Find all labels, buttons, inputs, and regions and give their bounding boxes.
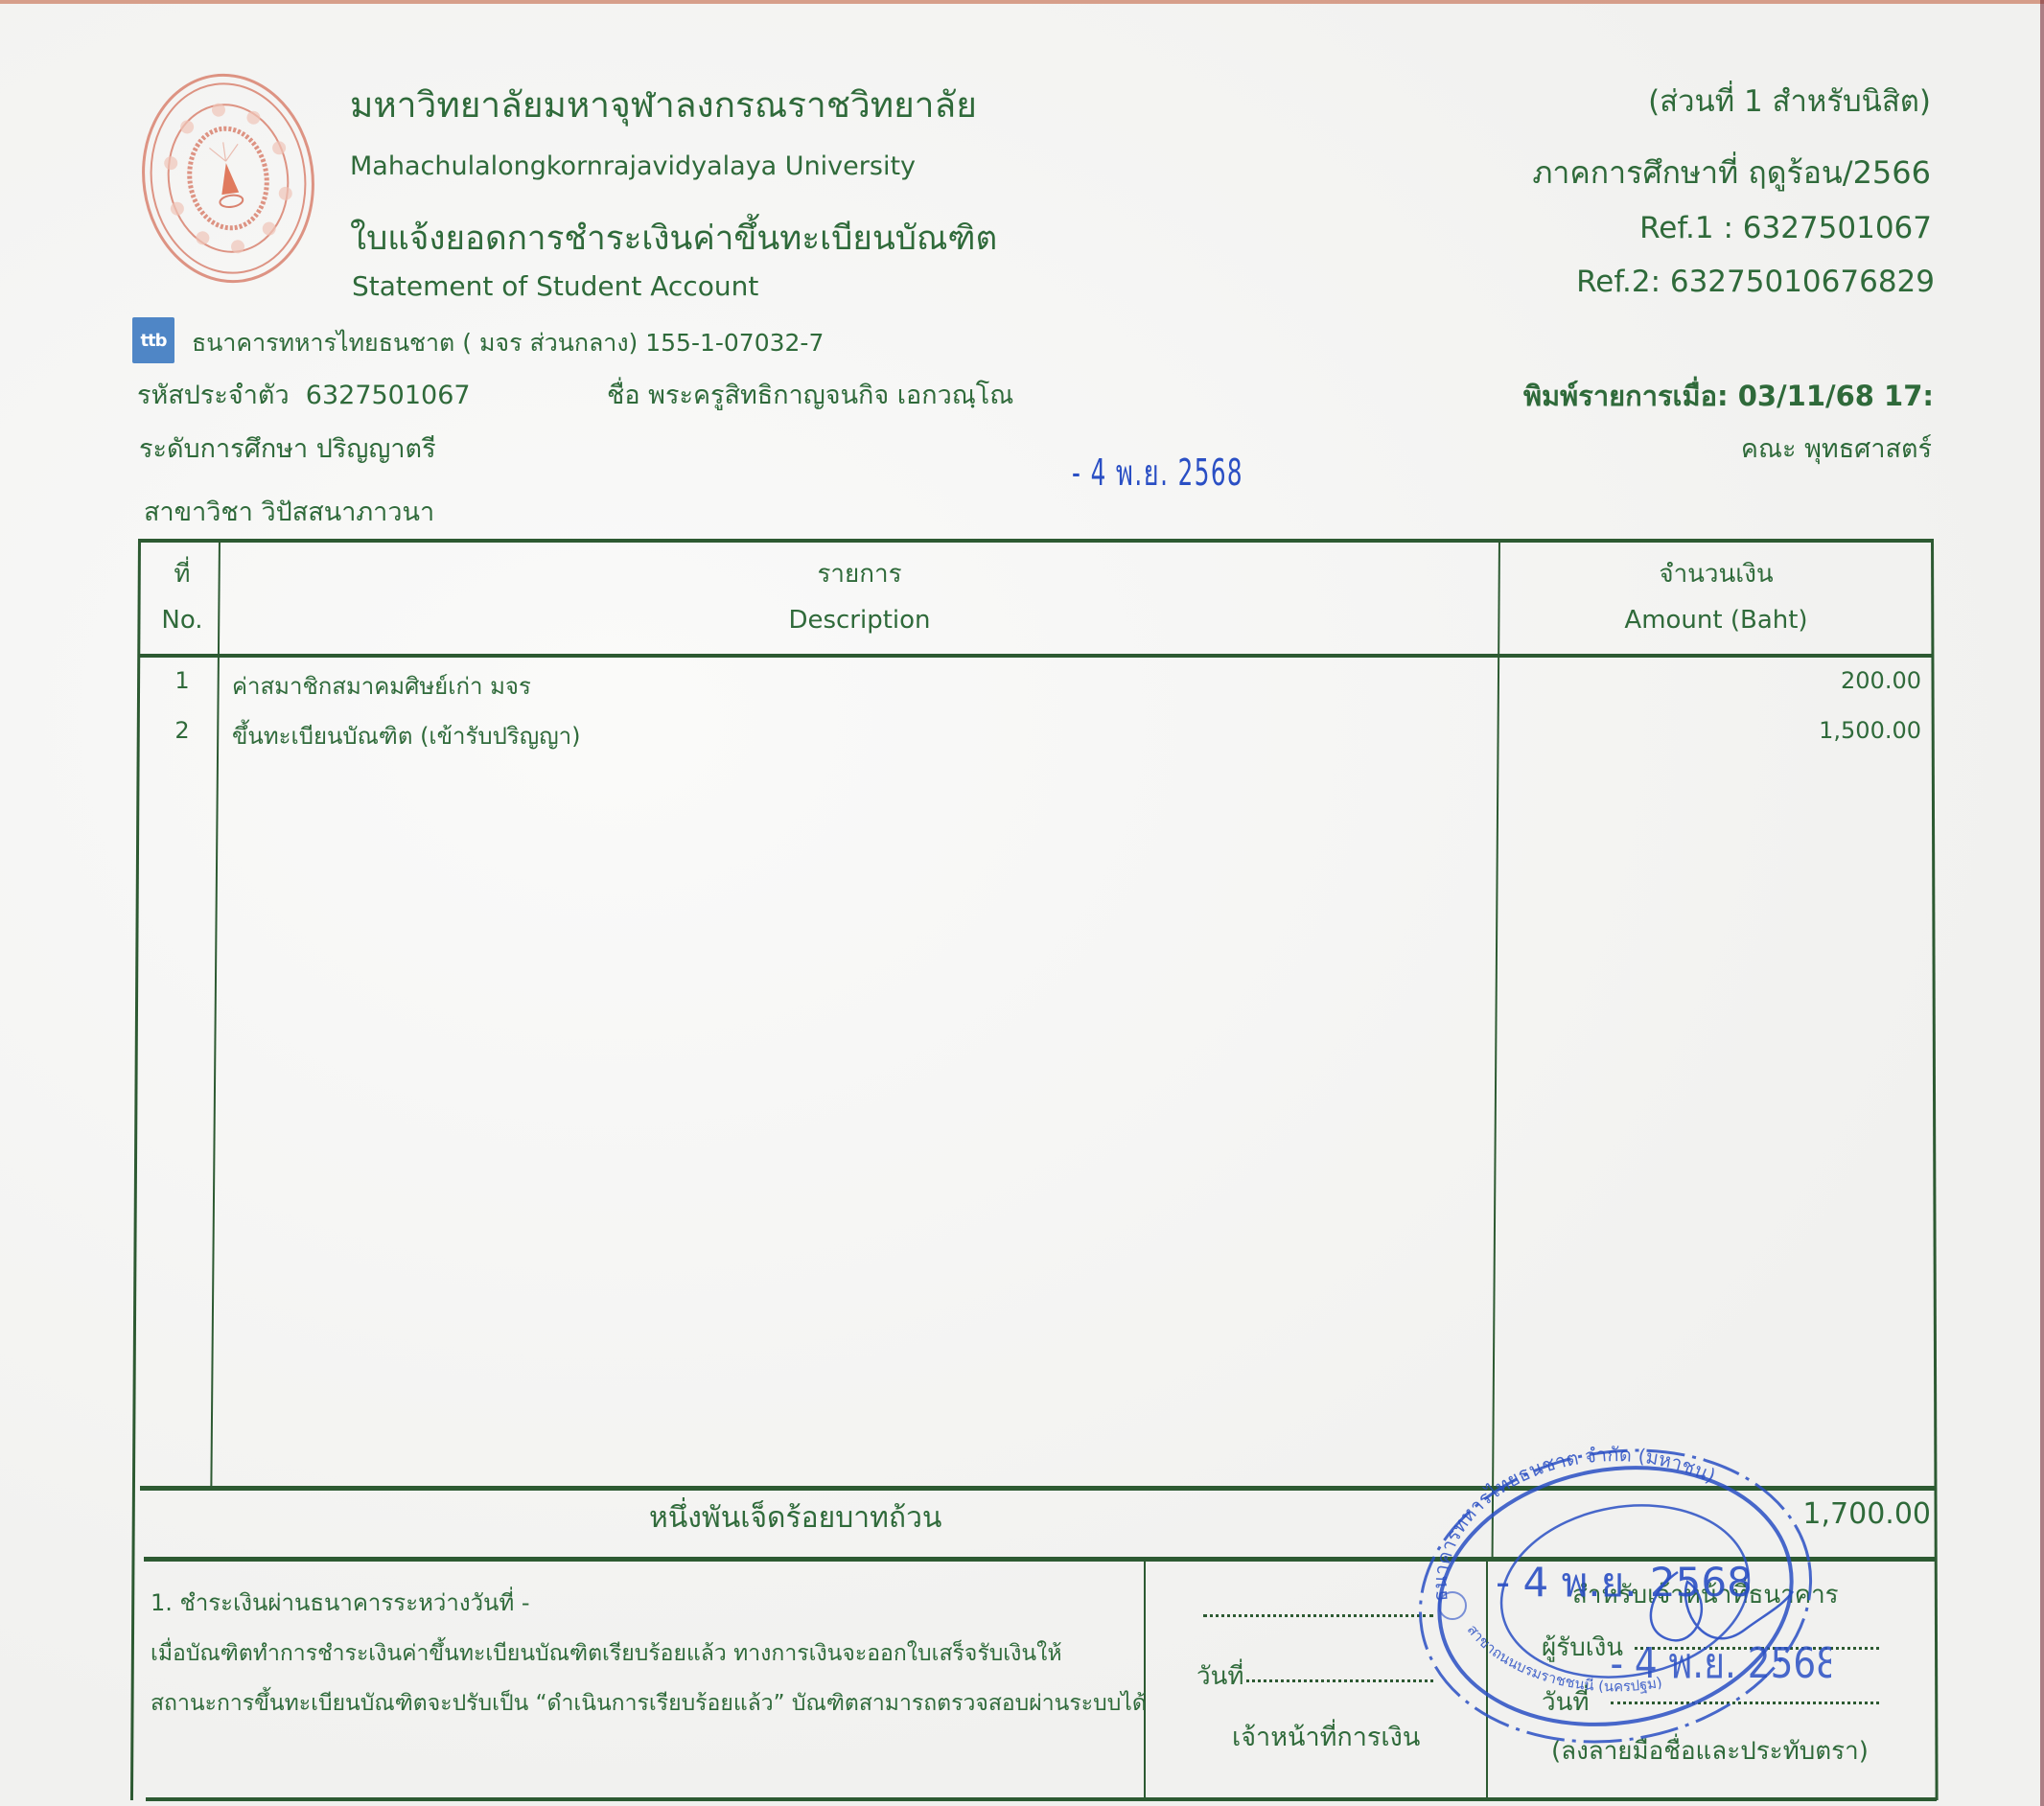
print-timestamp: พิมพ์รายการเมื่อ: 03/11/68 17: <box>1523 374 1934 418</box>
major-label: สาขาวิชา <box>144 498 253 527</box>
table-border <box>139 539 1934 543</box>
header-desc-th: รายการ <box>221 554 1498 593</box>
bank-date-line <box>1611 1702 1879 1704</box>
student-name: ชื่อ พระครูสิทธิกาญจนกิจ เอกวณฺโณ <box>607 374 1013 415</box>
row-amount: 1,500.00 <box>1505 717 1921 744</box>
statement-title-th: ใบแจ้งยอดการชำระเงินค่าขึ้นทะเบียนบัณฑิต <box>350 212 997 265</box>
row-amount: 200.00 <box>1505 667 1921 694</box>
row-no: 1 <box>144 667 221 694</box>
bank-date-label: วันที่ <box>1542 1682 1590 1722</box>
table-border <box>146 1797 1937 1801</box>
student-id-value: 6327501067 <box>306 381 471 410</box>
faculty: คณะ พุทธศาสตร์ <box>1741 428 1932 469</box>
payment-note-period: 1. ชำระเงินผ่านธนาคารระหว่างวันที่ - <box>151 1584 530 1621</box>
panel-divider <box>1486 1560 1488 1799</box>
header-desc-en: Description <box>221 606 1498 635</box>
table-total-divider <box>140 1486 1937 1491</box>
university-name-en: Mahachulalongkornrajavidyalaya Universit… <box>350 151 916 181</box>
major: สาขาวิชา วิปัสสนาภาวนา <box>144 491 434 532</box>
row-description: ค่าสมาชิกสมาคมศิษย์เก่า มจร <box>232 667 531 705</box>
date-stamp: - 4 พ.ย. 2568 <box>1072 443 1243 501</box>
total-amount: 1,700.00 <box>1515 1497 1931 1531</box>
payment-note-status: สถานะการขึ้นทะเบียนบัณฑิตจะปรับเป็น “ดำเ… <box>151 1686 1147 1721</box>
faculty-label: คณะ <box>1741 434 1797 464</box>
table-header-divider <box>139 654 1934 658</box>
education-level-value: ปริญญาตรี <box>316 434 436 464</box>
statement-title-en: Statement of Student Account <box>352 270 758 302</box>
receiver-label: ผู้รับเงิน <box>1542 1628 1623 1667</box>
student-id-label: รหัสประจำตัว <box>137 381 290 410</box>
row-description: ขึ้นทะเบียนบัณฑิต (เข้ารับปริญญา) <box>232 717 581 754</box>
student-name-value: พระครูสิทธิกาญจนกิจ เอกวณฺโณ <box>648 381 1013 410</box>
student-name-label: ชื่อ <box>607 381 640 410</box>
row-no: 2 <box>144 717 221 744</box>
university-seal-icon <box>123 58 334 299</box>
paper-edge <box>2040 0 2044 1806</box>
major-value: วิปัสสนาภาวนา <box>262 498 435 527</box>
university-name-th: มหาวิทยาลัยมหาจุฬาลงกรณราชวิทยาลัย <box>350 77 977 133</box>
faculty-value: พุทธศาสตร์ <box>1804 434 1932 464</box>
paper-edge <box>0 0 2044 4</box>
finance-officer-label: เจ้าหน้าที่การเงิน <box>1232 1716 1420 1757</box>
education-level: ระดับการศึกษา ปริญญาตรี <box>139 428 436 469</box>
sign-and-stamp-label: (ลงลายมือชื่อและประทับตรา) <box>1551 1731 1869 1771</box>
ref2: Ref.2: 63275010676829 <box>1576 265 1935 299</box>
officer-signature-line <box>1203 1614 1433 1617</box>
bank-account: ธนาคารทหารไทยธนชาต ( มจร ส่วนกลาง) 155-1… <box>192 324 824 362</box>
copy-part-label: (ส่วนที่ 1 สำหรับนิสิต) <box>1648 77 1931 125</box>
header-amount-th: จำนวนเงิน <box>1500 554 1932 593</box>
education-level-label: ระดับการศึกษา <box>139 434 308 464</box>
header-no-th: ที่ <box>153 554 211 593</box>
header-no-en: No. <box>144 606 221 635</box>
total-in-words: หนึ่งพันเจ็ดร้อยบาทถ้วน <box>649 1495 941 1540</box>
ref1: Ref.1 : 6327501067 <box>1639 211 1932 245</box>
receiver-signature-line <box>1635 1647 1879 1650</box>
payment-note-receipt: เมื่อบัณฑิตทำการชำระเงินค่าขึ้นทะเบียนบั… <box>151 1636 1062 1671</box>
header-amount-en: Amount (Baht) <box>1500 606 1932 635</box>
table-panel-divider <box>144 1557 1937 1562</box>
student-id: รหัสประจำตัว 6327501067 <box>137 374 471 415</box>
semester: ภาคการศึกษาที่ ฤดูร้อน/2566 <box>1532 149 1931 197</box>
bank-officer-label: สำหรับเจ้าหน้าที่ธนาคาร <box>1572 1575 1839 1614</box>
panel-divider <box>1144 1560 1146 1799</box>
ttb-bank-logo-icon: ttb <box>132 317 174 363</box>
officer-date-label: วันที่ <box>1196 1656 1244 1696</box>
officer-date-line <box>1246 1679 1433 1682</box>
